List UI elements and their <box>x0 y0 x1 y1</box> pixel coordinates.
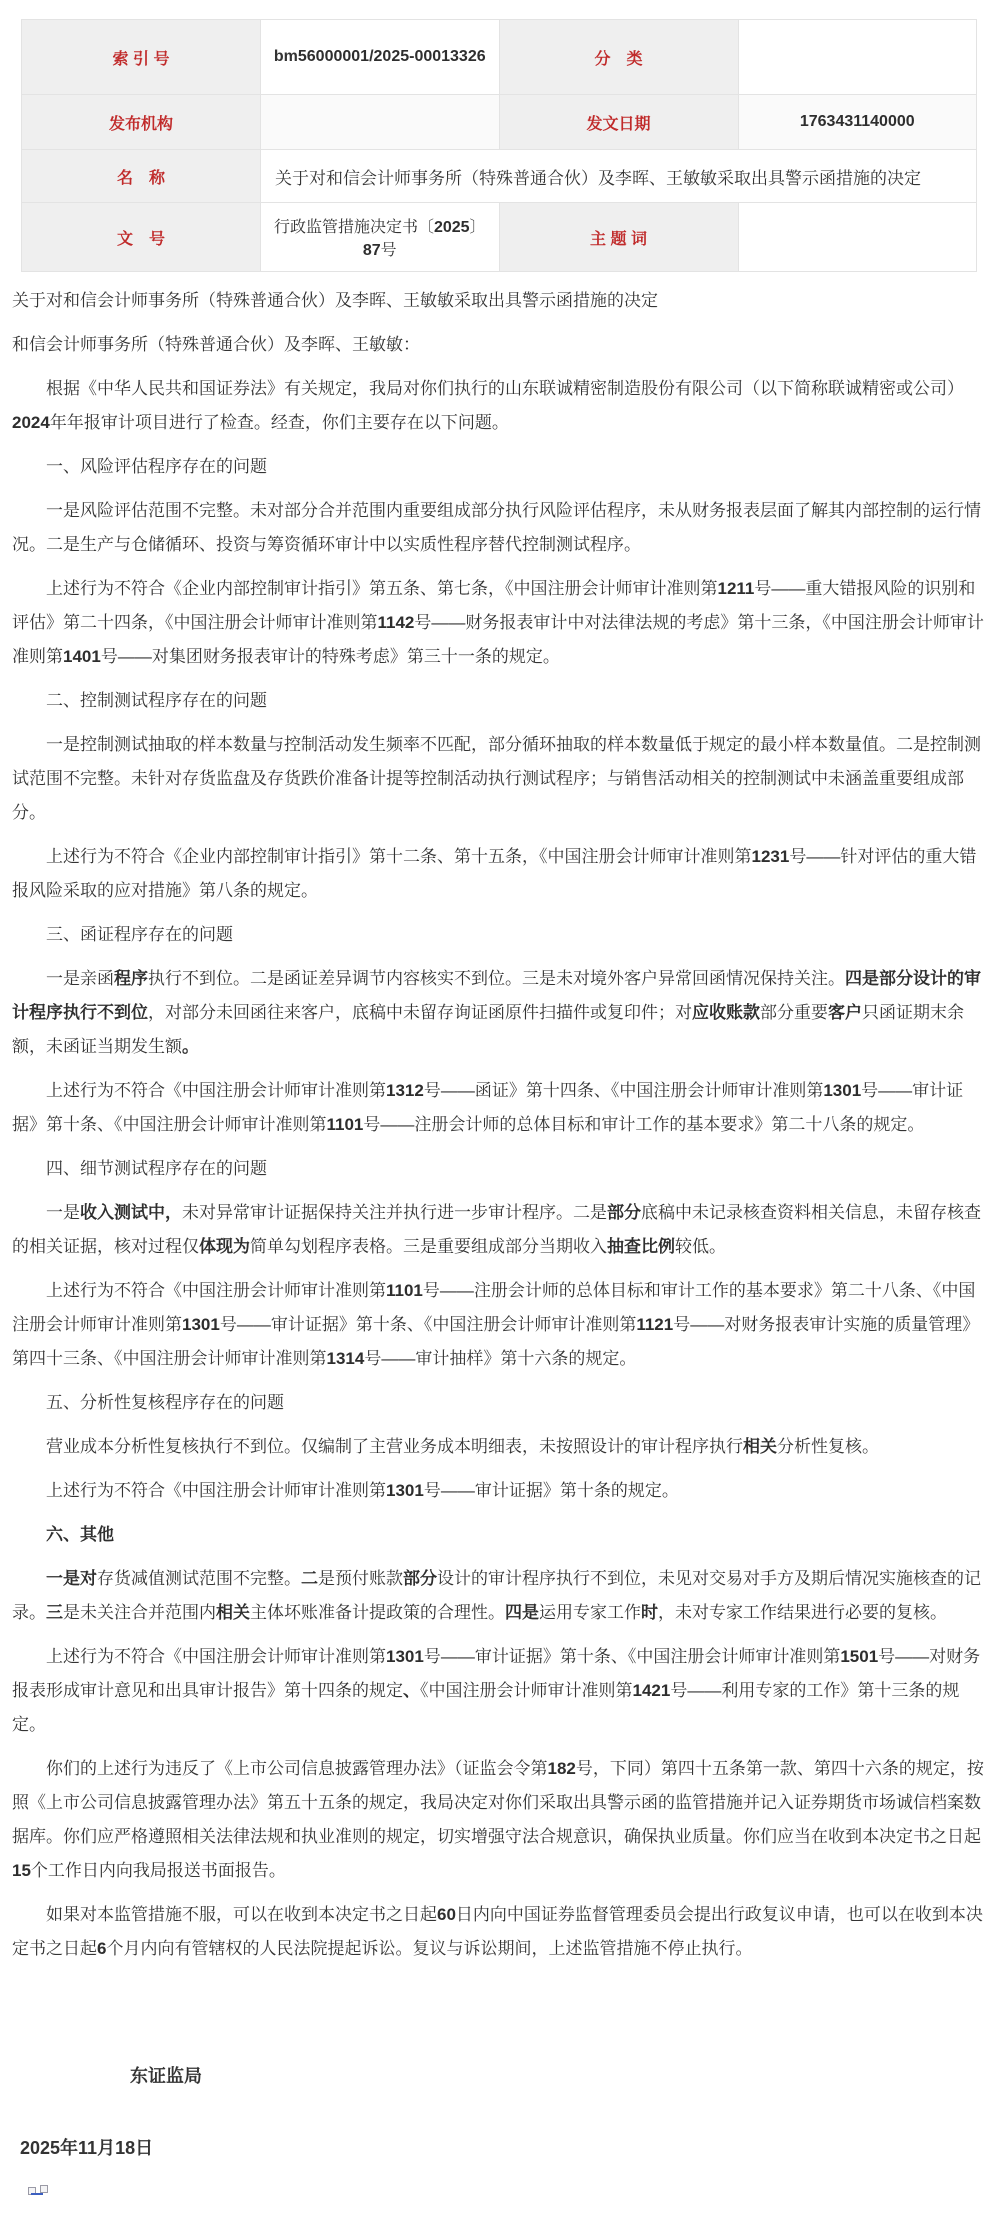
section-heading: 二、控制测试程序存在的问题 <box>12 684 986 718</box>
paragraph: 上述行为不符合《企业内部控制审计指引》第十二条、第十五条，《中国注册会计师审计准… <box>12 840 986 908</box>
paragraph: 上述行为不符合《企业内部控制审计指引》第五条、第七条，《中国注册会计师审计准则第… <box>12 572 986 674</box>
link-underline <box>31 2193 43 2195</box>
meta-label: 主 题 词 <box>499 203 738 272</box>
meta-value: 1763431140000 <box>738 95 977 150</box>
meta-label: 发布机构 <box>22 95 261 150</box>
paragraph: 一是收入测试中，未对异常审计证据保持关注并执行进一步审计程序。二是部分底稿中未记… <box>12 1196 986 1264</box>
issue-date: 2025年11月18日 <box>0 2134 1000 2160</box>
paragraph: 关于对和信会计师事务所（特殊普通合伙）及李晖、王敏敏采取出具警示函措施的决定 <box>12 284 986 318</box>
section-heading: 五、分析性复核程序存在的问题 <box>12 1386 986 1420</box>
section-heading: 四、细节测试程序存在的问题 <box>12 1152 986 1186</box>
meta-value: bm56000001/2025-00013326 <box>261 20 500 95</box>
meta-value: 行政监管措施决定书〔2025〕87号 <box>261 203 500 272</box>
paragraph: 如果对本监管措施不服，可以在收到本决定书之日起60日内向中国证券监督管理委员会提… <box>12 1898 986 1966</box>
attachment-link[interactable] <box>28 2182 48 2200</box>
broken-image-square <box>40 2185 48 2193</box>
paragraph: 你们的上述行为违反了《上市公司信息披露管理办法》（证监会令第182号，下同）第四… <box>12 1752 986 1888</box>
issuer-signature: 东证监局 <box>0 2062 1000 2088</box>
meta-value <box>738 203 977 272</box>
meta-label: 文 号 <box>22 203 261 272</box>
metadata-table: 索 引 号bm56000001/2025-00013326分 类发布机构发文日期… <box>21 19 977 272</box>
paragraph: 一是风险评估范围不完整。未对部分合并范围内重要组成部分执行风险评估程序，未从财务… <box>12 494 986 562</box>
section-heading: 一、风险评估程序存在的问题 <box>12 450 986 484</box>
meta-value <box>738 20 977 95</box>
paragraph: 和信会计师事务所（特殊普通合伙）及李晖、王敏敏： <box>12 328 986 362</box>
section-heading: 三、函证程序存在的问题 <box>12 918 986 952</box>
meta-label: 分 类 <box>499 20 738 95</box>
meta-label: 索 引 号 <box>22 20 261 95</box>
paragraph: 营业成本分析性复核执行不到位。仅编制了主营业务成本明细表，未按照设计的审计程序执… <box>12 1430 986 1464</box>
paragraph: 上述行为不符合《中国注册会计师审计准则第1101号——注册会计师的总体目标和审计… <box>12 1274 986 1376</box>
meta-value: 关于对和信会计师事务所（特殊普通合伙）及李晖、王敏敏采取出具警示函措施的决定 <box>261 150 977 203</box>
broken-image-icon[interactable] <box>28 2185 48 2195</box>
section-heading: 六、其他 <box>12 1518 986 1552</box>
document-page: 索 引 号bm56000001/2025-00013326分 类发布机构发文日期… <box>0 19 1000 2214</box>
paragraph: 根据《中华人民共和国证券法》有关规定，我局对你们执行的山东联诚精密制造股份有限公… <box>12 372 986 440</box>
paragraph: 一是亲函程序执行不到位。二是函证差异调节内容核实不到位。三是未对境外客户异常回函… <box>12 962 986 1064</box>
paragraph: 上述行为不符合《中国注册会计师审计准则第1312号——函证》第十四条、《中国注册… <box>12 1074 986 1142</box>
meta-label: 名 称 <box>22 150 261 203</box>
paragraph: 上述行为不符合《中国注册会计师审计准则第1301号——审计证据》第十条的规定。 <box>12 1474 986 1508</box>
meta-value <box>261 95 500 150</box>
paragraph: 一是对存货减值测试范围不完整。二是预付账款部分设计的审计程序执行不到位，未见对交… <box>12 1562 986 1630</box>
document-body: 关于对和信会计师事务所（特殊普通合伙）及李晖、王敏敏采取出具警示函措施的决定和信… <box>0 272 1000 1966</box>
meta-label: 发文日期 <box>499 95 738 150</box>
paragraph: 一是控制测试抽取的样本数量与控制活动发生频率不匹配，部分循环抽取的样本数量低于规… <box>12 728 986 830</box>
paragraph: 上述行为不符合《中国注册会计师审计准则第1301号——审计证据》第十条、《中国注… <box>12 1640 986 1742</box>
